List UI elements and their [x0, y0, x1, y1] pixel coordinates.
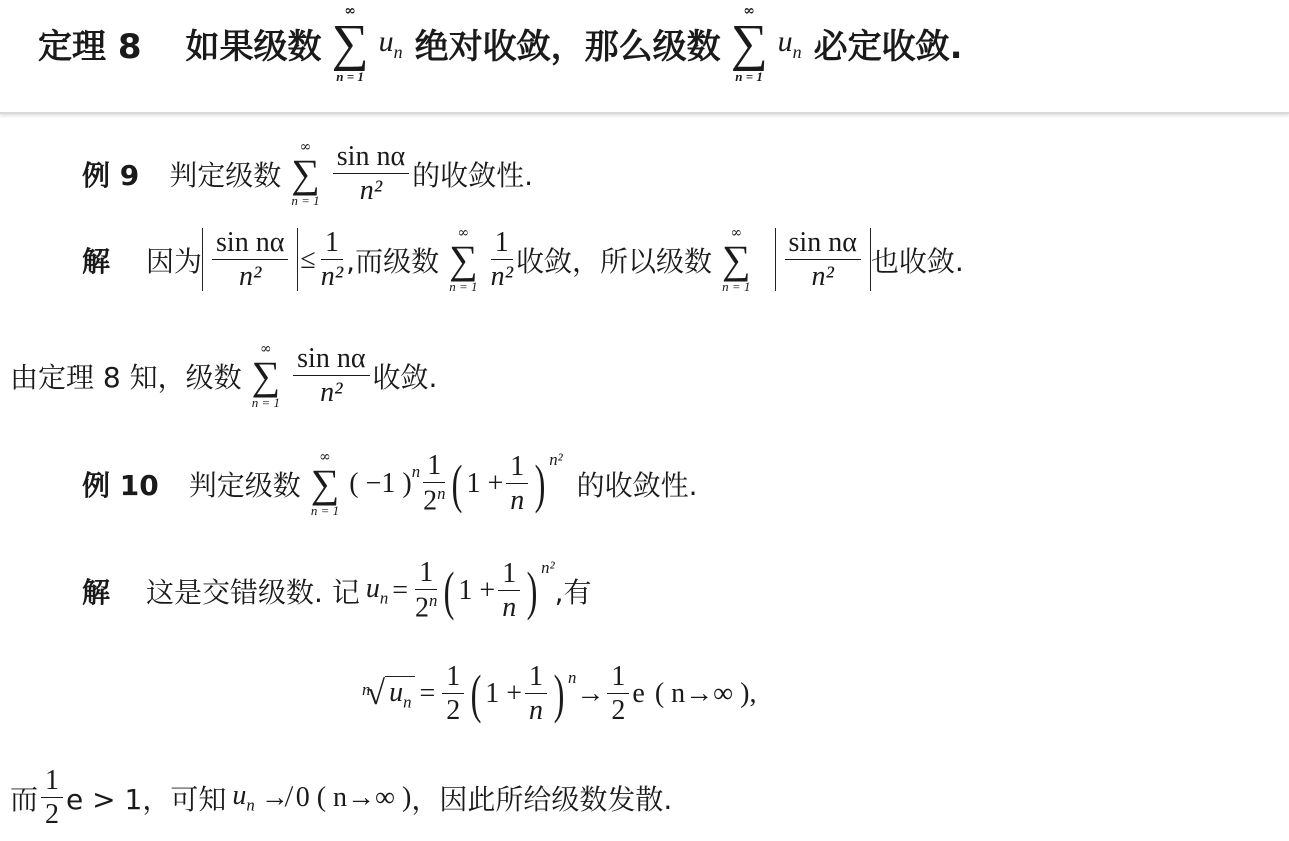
theorem-header: 定理 8 如果级数 ∞ ∑ n = 1 un 绝对收敛，那么级数 ∞ ∑ n =… — [0, 0, 1289, 114]
solution-9: 解 因为 sin nαn² ≤ 1n² ,而级数 ∞ ∑ n = 1 1n² 收… — [82, 226, 964, 293]
sum-symbol: ∞ ∑ n = 1 — [332, 4, 369, 83]
theorem-8: 定理 8 如果级数 ∞ ∑ n = 1 un 绝对收敛，那么级数 ∞ ∑ n =… — [38, 4, 963, 83]
solution-10: 解 这是交错级数. 记 un = 12n ( 1 + 1n ) n² ,有 — [82, 558, 592, 623]
absolute-value: sin nαn² — [202, 228, 298, 292]
fraction: sin nα n² — [333, 142, 409, 206]
root-test-formula: n √ un = 12 ( 1 + 1n ) n → 12 e ( n→∞ ), — [362, 662, 756, 726]
final-conclusion: 而 12 e > 1，可知 un ↛ 0 ( n→∞ ) ，因此所给级数发散. — [10, 766, 672, 830]
example-10: 例 10 判定级数 ∞ ∑ n = 1 ( −1 )n 12n ( 1 + 1n… — [82, 450, 698, 517]
example-9: 例 9 判定级数 ∞ ∑ n = 1 sin nα n² 的收敛性. — [82, 140, 533, 207]
conclusion-9: 由定理 8 知，级数 ∞ ∑ n = 1 sin nαn² 收敛. — [10, 342, 437, 409]
theorem-label: 定理 8 — [38, 19, 142, 68]
